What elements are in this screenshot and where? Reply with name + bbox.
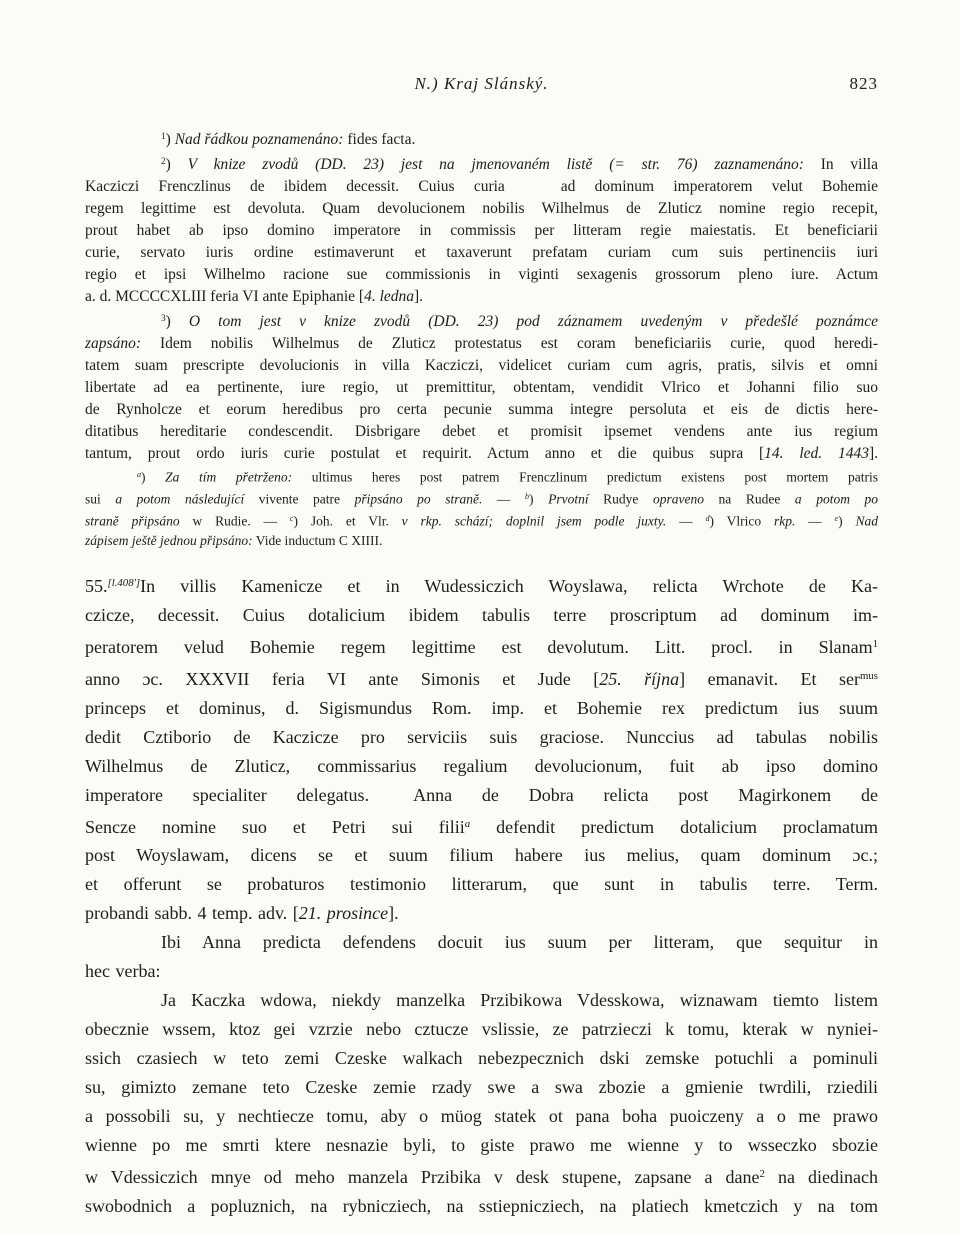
text-segment: regio et ipsi Wilhelmo racione sue commi… xyxy=(85,266,878,283)
blank-space xyxy=(369,800,413,801)
text-segment: et offerunt se probaturos testimonio lit… xyxy=(85,874,878,894)
text-segment: tantum, prout ordo iuris curie postulat … xyxy=(85,445,764,462)
text-segment: opraveno xyxy=(653,492,704,507)
text-segment: ssich czasiech w teto zemi Czeske walkac… xyxy=(85,1048,878,1068)
text-segment: připsáno po straně. xyxy=(355,492,483,507)
text-segment: prout habet ab ipso domino imperatore in… xyxy=(85,222,878,239)
paragraph-ja-kaczka: Ja Kaczka wdowa, niekdy manzelka Przibik… xyxy=(85,986,878,1221)
text-segment: Prvotní xyxy=(548,492,589,507)
text-line: 2) V knize zvodů (DD. 23) jest na jmenov… xyxy=(85,151,878,176)
text-line: czicze, decessit. Cuius dotalicium ibide… xyxy=(85,601,878,630)
text-segment: straně připsáno xyxy=(85,514,180,529)
text-segment: obecznie wssem, ktoz gei vzrzie nebo czt… xyxy=(85,1019,878,1039)
scanned-book-page: N.) Kraj Slánský. 823 1) Nad řádkou pozn… xyxy=(0,0,960,1234)
text-line: ditatibus hereditarie condescendit. Disb… xyxy=(85,421,878,443)
text-line: Wilhelmus de Zluticz, commissarius regal… xyxy=(85,752,878,781)
text-line: obecznie wssem, ktoz gei vzrzie nebo czt… xyxy=(85,1015,878,1044)
text-segment: 4. ledna xyxy=(364,288,414,305)
text-segment: a possobili su, y nechtiecze tomu, aby o… xyxy=(85,1106,878,1126)
text-segment: v rkp. schází; doplnil jsem podle juxty. xyxy=(402,514,667,529)
footnote-1: 1) Nad řádkou poznamenáno: fides facta. xyxy=(85,126,878,151)
text-line: tatem suam prescripte devolucionis in vi… xyxy=(85,355,878,377)
text-line: Kacziczi Frenczlinus de ibidem decessit.… xyxy=(85,176,878,198)
text-segment: czicze, decessit. Cuius dotalicium ibide… xyxy=(85,605,878,625)
text-segment: ) xyxy=(294,514,311,529)
text-segment: curie, servato iuris ordine estimaverunt… xyxy=(85,244,878,261)
text-line: w Vdessiczich mnye od meho manzela Przib… xyxy=(85,1160,878,1192)
text-segment: zápisem ještě jednou připsáno: xyxy=(85,533,253,548)
text-segment: a potom následující xyxy=(115,492,244,507)
text-segment: probandi sabb. 4 temp. adv. [ xyxy=(85,903,299,923)
text-segment: Za tím přetrženo: xyxy=(165,470,292,485)
text-segment: ) xyxy=(710,514,727,529)
text-line: ssich czasiech w teto zemi Czeske walkac… xyxy=(85,1044,878,1073)
text-segment: ]. xyxy=(388,903,399,923)
text-segment: 14. led. 1443 xyxy=(764,445,869,462)
text-line: wienne po me smrti ktere nesnazie byli, … xyxy=(85,1131,878,1160)
text-line: 1) Nad řádkou poznamenáno: fides facta. xyxy=(85,126,878,151)
superscript-mark: [l.408'] xyxy=(108,577,141,589)
text-segment: Ibi Anna predicta defendens docuit ius s… xyxy=(161,932,878,952)
text-segment: peratorem velud Bohemie regem legittime … xyxy=(85,637,873,657)
text-line: zápisem ještě jednou připsáno: Vide indu… xyxy=(85,531,878,551)
superscript-mark: 1 xyxy=(873,638,878,650)
text-line: libertate ad ea pertinente, iure regio, … xyxy=(85,377,878,399)
text-line: a possobili su, y nechtiecze tomu, aby o… xyxy=(85,1102,878,1131)
text-segment: ) xyxy=(529,492,548,507)
text-line: Ibi Anna predicta defendens docuit ius s… xyxy=(85,928,878,957)
text-line: 55.[l.408']In villis Kamenicze et in Wud… xyxy=(85,569,878,601)
text-segment: ]. xyxy=(414,288,423,305)
critical-apparatus-notes: a) Za tím přetrženo: ultimus heres post … xyxy=(85,465,878,550)
text-segment: ditatibus hereditarie condescendit. Disb… xyxy=(85,423,878,440)
text-line: tantum, prout ordo iuris curie postulat … xyxy=(85,443,878,465)
text-segment: ]. xyxy=(869,445,878,462)
footnote-2: 2) V knize zvodů (DD. 23) jest na jmenov… xyxy=(85,151,878,308)
text-segment: — xyxy=(666,514,705,529)
superscript-mark: mus xyxy=(860,670,878,682)
text-segment: sui xyxy=(85,492,115,507)
text-segment: 25. října xyxy=(599,669,679,689)
text-segment: ad dominum imperatorem velut Bohemie xyxy=(561,178,878,195)
text-segment: In villis Kamenicze et in Wudessiczich W… xyxy=(140,576,878,596)
footnote-3: 3) O tom jest v knize zvodů (DD. 23) pod… xyxy=(85,308,878,465)
text-segment: ) xyxy=(166,313,189,330)
page-number: 823 xyxy=(850,74,879,94)
text-segment: wienne po me smrti ktere nesnazie byli, … xyxy=(85,1135,878,1155)
text-segment: vivente patre xyxy=(244,492,354,507)
text-line: 3) O tom jest v knize zvodů (DD. 23) pod… xyxy=(85,308,878,333)
text-line: regio et ipsi Wilhelmo racione sue commi… xyxy=(85,264,878,286)
text-segment: a. d. MCCCCXLIII feria VI ante Epiphanie… xyxy=(85,288,364,305)
text-segment: Sencze nomine suo et Petri sui filii xyxy=(85,816,465,836)
text-segment: de Rynholcze et eorum heredibus pro cert… xyxy=(85,401,878,418)
text-segment: Anna de Dobra relicta post Magirkonem de xyxy=(413,785,878,805)
text-segment: — xyxy=(795,514,834,529)
text-line: zapsáno: Idem nobilis Wilhelmus de Zluti… xyxy=(85,333,878,355)
footnotes-block: 1) Nad řádkou poznamenáno: fides facta. … xyxy=(85,126,878,465)
text-segment: Vide inductum C XIIII. xyxy=(253,533,383,548)
text-line: a) Za tím přetrženo: ultimus heres post … xyxy=(85,465,878,487)
text-segment: — xyxy=(482,492,525,507)
text-segment: Nad řádkou poznamenáno: xyxy=(175,131,344,148)
text-line: swobodnich a popluznich, na rybnicziech,… xyxy=(85,1192,878,1221)
text-line: regem legittime est devoluta. Quam devol… xyxy=(85,198,878,220)
text-segment: regem legittime est devoluta. Quam devol… xyxy=(85,200,878,217)
text-line: curie, servato iuris ordine estimaverunt… xyxy=(85,242,878,264)
text-segment: defendit predictum dotalicium proclamatu… xyxy=(470,816,878,836)
text-line: prout habet ab ipso domino imperatore in… xyxy=(85,220,878,242)
text-segment: princeps et dominus, d. Sigismundus Rom.… xyxy=(85,698,878,718)
text-line: imperatore specialiter delegatus.Anna de… xyxy=(85,781,878,810)
text-segment: 21. prosince xyxy=(299,903,388,923)
text-line: hec verba: xyxy=(85,957,878,986)
text-segment: In villa xyxy=(804,156,878,173)
text-segment: Ja Kaczka wdowa, niekdy manzelka Przibik… xyxy=(161,990,878,1010)
text-segment: 55. xyxy=(85,576,108,596)
text-segment: Vlrico xyxy=(727,514,774,529)
text-segment: ) xyxy=(141,470,165,485)
text-segment: ) xyxy=(166,156,188,173)
text-line: straně připsáno w Rudie. — c) Joh. et Vl… xyxy=(85,509,878,531)
text-segment: post Woyslawam, dicens se et suum filium… xyxy=(85,845,878,865)
text-segment: Wilhelmus de Zluticz, commissarius regal… xyxy=(85,756,878,776)
text-line: peratorem velud Bohemie regem legittime … xyxy=(85,630,878,662)
blank-space xyxy=(505,190,561,191)
text-line: Sencze nomine suo et Petri sui filiia de… xyxy=(85,810,878,842)
text-line: Ja Kaczka wdowa, niekdy manzelka Przibik… xyxy=(85,986,878,1015)
text-segment: ultimus heres post patrem Frenczlinum pr… xyxy=(292,470,878,485)
text-segment: ] emanavit. Et ser xyxy=(679,669,860,689)
text-segment: V knize zvodů (DD. 23) jest na jmenované… xyxy=(188,156,804,173)
paragraph-ibi: Ibi Anna predicta defendens docuit ius s… xyxy=(85,928,878,986)
text-segment: dedit Cztiborio de Kaczicze pro servicii… xyxy=(85,727,878,747)
text-segment: ) xyxy=(166,131,175,148)
text-segment: fides facta. xyxy=(343,131,415,148)
text-line: sui a potom následující vivente patre př… xyxy=(85,487,878,509)
text-segment: Joh. et Vlr. xyxy=(311,514,402,529)
text-segment: w Vdessiczich mnye od meho manzela Przib… xyxy=(85,1167,760,1187)
text-line: dedit Cztiborio de Kaczicze pro servicii… xyxy=(85,723,878,752)
text-line: et offerunt se probaturos testimonio lit… xyxy=(85,870,878,899)
text-segment: hec verba: xyxy=(85,961,160,981)
text-segment: anno ɔc. XXXVII feria VI ante Simonis et… xyxy=(85,669,599,689)
text-line: su, gimizto zemane teto Czeske zemie rza… xyxy=(85,1073,878,1102)
text-segment: Idem nobilis Wilhelmus de Zluticz protes… xyxy=(141,335,878,352)
entry-55-text: 55.[l.408']In villis Kamenicze et in Wud… xyxy=(85,569,878,929)
text-segment: tatem suam prescripte devolucionis in vi… xyxy=(85,357,878,374)
text-segment: libertate ad ea pertinente, iure regio, … xyxy=(85,379,878,396)
running-title: N.) Kraj Slánský. xyxy=(85,74,878,94)
text-segment: imperatore specialiter delegatus. xyxy=(85,785,369,805)
page-header: N.) Kraj Slánský. 823 xyxy=(85,74,878,100)
text-line: post Woyslawam, dicens se et suum filium… xyxy=(85,841,878,870)
text-line: a. d. MCCCCXLIII feria VI ante Epiphanie… xyxy=(85,286,878,308)
text-line: de Rynholcze et eorum heredibus pro cert… xyxy=(85,399,878,421)
text-segment: zapsáno: xyxy=(85,335,141,352)
text-segment: w Rudie. — xyxy=(180,514,290,529)
text-segment: Rudye xyxy=(589,492,653,507)
text-segment: su, gimizto zemane teto Czeske zemie rza… xyxy=(85,1077,878,1097)
text-segment: na Rudee xyxy=(704,492,795,507)
text-segment: swobodnich a popluznich, na rybnicziech,… xyxy=(85,1196,878,1216)
text-segment: Nad xyxy=(855,514,878,529)
text-segment: Kacziczi Frenczlinus de ibidem decessit.… xyxy=(85,178,505,195)
text-line: anno ɔc. XXXVII feria VI ante Simonis et… xyxy=(85,662,878,694)
text-segment: na diedinach xyxy=(765,1167,878,1187)
text-line: probandi sabb. 4 temp. adv. [21. prosinc… xyxy=(85,899,878,928)
text-line: princeps et dominus, d. Sigismundus Rom.… xyxy=(85,694,878,723)
text-segment: O tom jest v knize zvodů (DD. 23) pod zá… xyxy=(189,313,878,330)
text-segment: a potom po xyxy=(795,492,878,507)
text-segment: ) xyxy=(838,514,855,529)
text-segment: rkp. xyxy=(774,514,795,529)
